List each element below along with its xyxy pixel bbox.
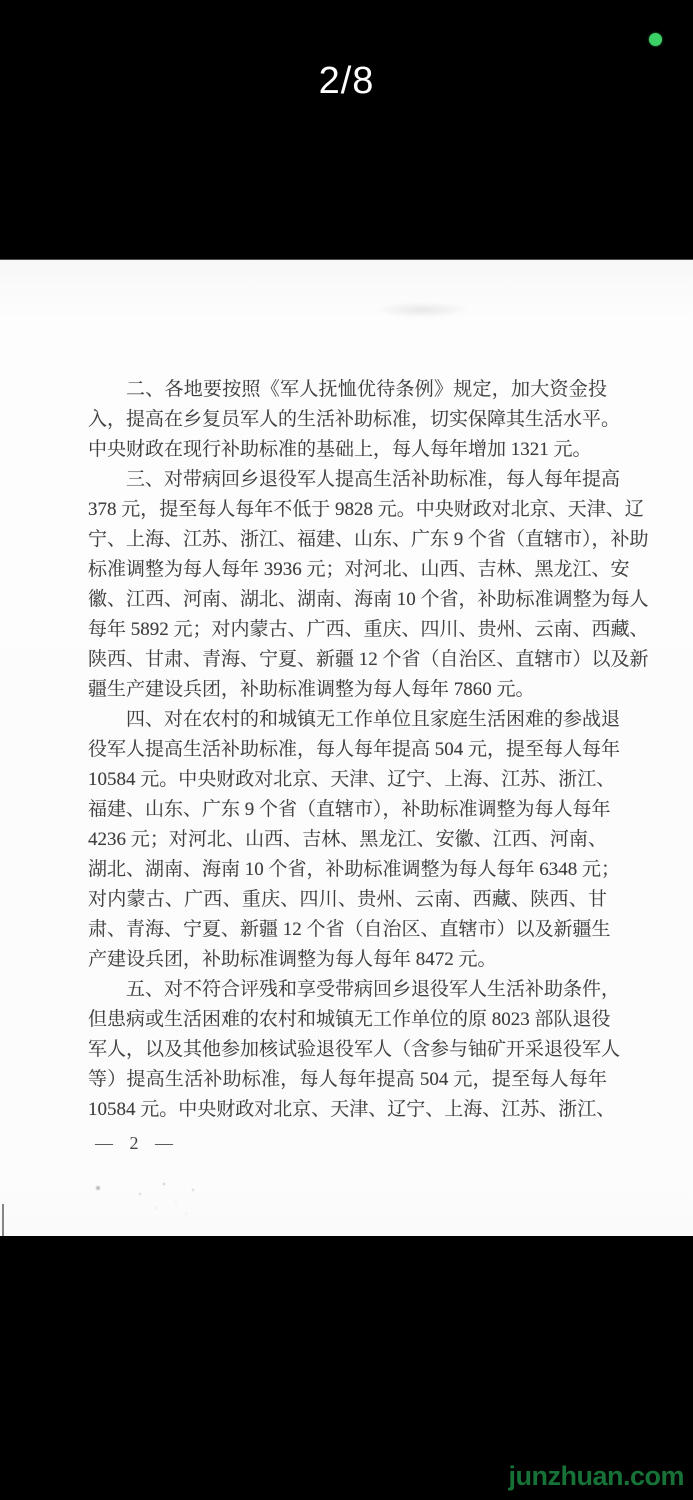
document-line: 湖北、湖南、海南 10 个省，补助标准调整为每人每年 6348 元； — [88, 855, 607, 885]
document-line: 疆生产建设兵团，补助标准调整为每人每年 7860 元。 — [88, 675, 607, 705]
document-line: 军人，以及其他参加核试验退役军人（含参与铀矿开采退役军人 — [88, 1035, 607, 1065]
document-line: 福建、山东、广东 9 个省（直辖市），补助标准调整为每人每年 — [88, 795, 607, 825]
image-viewer: 2/8 二、各地要按照《军人抚恤优待条例》规定，加大资金投 入，提高在乡复员军人… — [0, 0, 693, 1500]
document-line: 但患病或生活困难的农村和城镇无工作单位的原 8023 部队退役 — [88, 1005, 607, 1035]
viewer-top-band: 2/8 — [0, 0, 693, 259]
document-line: 四、对在农村的和城镇无工作单位且家庭生活困难的参战退 — [88, 705, 607, 735]
document-line: 产建设兵团，补助标准调整为每人每年 8472 元。 — [88, 945, 607, 975]
scan-edge-artifact — [2, 1204, 4, 1236]
page-number-footer: — 2 — — [95, 1133, 179, 1154]
document-line: 肃、青海、宁夏、新疆 12 个省（自治区、直辖市）以及新疆生 — [88, 915, 607, 945]
document-line: 二、各地要按照《军人抚恤优待条例》规定，加大资金投 — [88, 375, 607, 405]
scan-smudge — [96, 1186, 100, 1190]
document-page-image[interactable]: 二、各地要按照《军人抚恤优待条例》规定，加大资金投 入，提高在乡复员军人的生活补… — [0, 259, 693, 1236]
page-indicator: 2/8 — [0, 60, 693, 103]
status-dot-icon — [649, 33, 662, 46]
document-body: 二、各地要按照《军人抚恤优待条例》规定，加大资金投 入，提高在乡复员军人的生活补… — [88, 375, 607, 1125]
document-line: 五、对不符合评残和享受带病回乡退役军人生活补助条件， — [88, 975, 607, 1005]
document-line: 4236 元；对河北、山西、吉林、黑龙江、安徽、江西、河南、 — [88, 825, 607, 855]
viewer-bottom-band: junzhuan.com — [0, 1236, 693, 1500]
document-line: 10584 元。中央财政对北京、天津、辽宁、上海、江苏、浙江、 — [88, 1095, 607, 1125]
document-line: 378 元，提至每人每年不低于 9828 元。中央财政对北京、天津、辽 — [88, 495, 607, 525]
scan-smudge — [375, 302, 470, 318]
document-line: 等）提高生活补助标准，每人每年提高 504 元，提至每人每年 — [88, 1065, 607, 1095]
document-line: 徽、江西、河南、湖北、湖南、海南 10 个省，补助标准调整为每人 — [88, 585, 607, 615]
document-line: 中央财政在现行补助标准的基础上，每人每年增加 1321 元。 — [88, 435, 607, 465]
document-line: 对内蒙古、广西、重庆、四川、贵州、云南、西藏、陕西、甘 — [88, 885, 607, 915]
watermark: junzhuan.com — [509, 1461, 685, 1492]
document-line: 入，提高在乡复员军人的生活补助标准，切实保障其生活水平。 — [88, 405, 607, 435]
document-line: 陕西、甘肃、青海、宁夏、新疆 12 个省（自治区、直辖市）以及新 — [88, 645, 607, 675]
document-line: 每年 5892 元；对内蒙古、广西、重庆、四川、贵州、云南、西藏、 — [88, 615, 607, 645]
document-line: 标准调整为每人每年 3936 元；对河北、山西、吉林、黑龙江、安 — [88, 555, 607, 585]
document-line: 三、对带病回乡退役军人提高生活补助标准，每人每年提高 — [88, 465, 607, 495]
document-line: 宁、上海、江苏、浙江、福建、山东、广东 9 个省（直辖市），补助 — [88, 525, 607, 555]
document-line: 10584 元。中央财政对北京、天津、辽宁、上海、江苏、浙江、 — [88, 765, 607, 795]
document-line: 役军人提高生活补助标准，每人每年提高 504 元，提至每人每年 — [88, 735, 607, 765]
